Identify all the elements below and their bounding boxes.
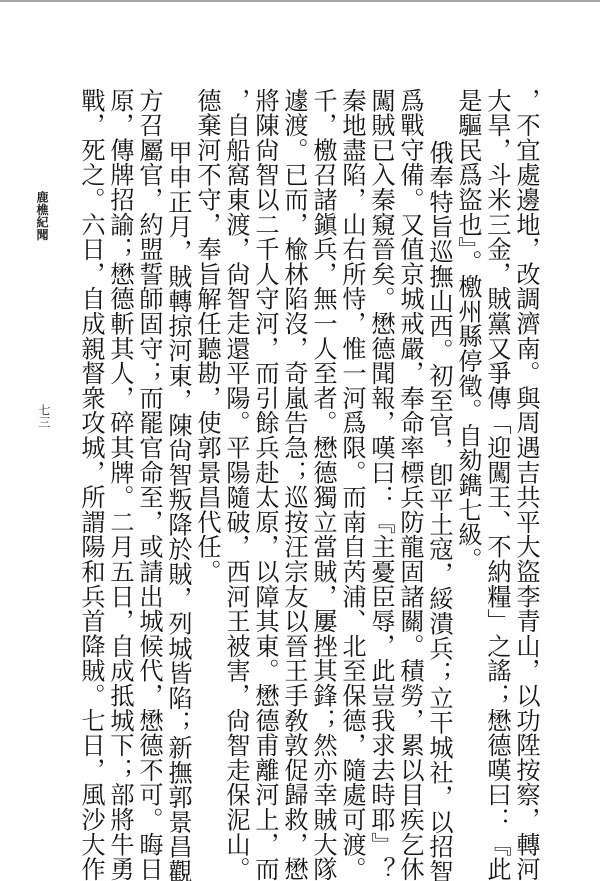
text-column-16: 戰，死之。六日，自成親督衆攻城，所謂陽和兵首降賊。七日，風沙大作，拔木，晝晦 xyxy=(76,88,105,558)
text-column-14: 方召屬官，約盟誓師固守；而罷官命至，或請出城候代，懋德不可。晦日，賊遊騎至太 xyxy=(134,88,163,558)
text-column-2: 大旱，斗米三金，賊黨又爭傳「迎闖王、不納糧」之謠；懋德嘆曰：『此時而急催科， xyxy=(482,88,511,558)
scan-top-edge xyxy=(0,0,600,2)
text-column-10: 將陳尙智以二千人守河，而引餘兵赴太原，以障其東。懋德甫離河上，而賊大隊抵河津 xyxy=(250,88,279,558)
page-number: 七三 xyxy=(38,404,50,428)
text-column-8: 千，檄召諸鎭兵，無一人至者。懋德獨立當賊，屢挫其鋒；然亦幸賊大隊未來，故不能 xyxy=(308,88,337,558)
text-column-1: ，不宜處邊地，改調濟南。與周遇吉共平大盜李青山，以功陞按察，轉河南布政。時方 xyxy=(511,88,540,558)
text-column-13-paragraph-start: 甲申正月，賊轉掠河東，陳尙智叛降於賊，列城皆陷；新撫郭景昌觀望不前。懋德 xyxy=(163,88,192,558)
running-title: 鹿樵紀聞 xyxy=(36,191,48,241)
text-column-3: 是驅民爲盜也』。檄州縣停徵。自劾鐫七級。 xyxy=(453,88,482,558)
text-column-15: 原，傳牌招諭；懋德斬其人，碎其牌。二月五日，自成抵城下；部將牛勇、朱孔訓等出 xyxy=(105,88,134,558)
text-column-4-paragraph-start: 俄奉特旨巡撫山西。初至官，卽平土寇，綏潰兵；立干城社，以招智勇之士，日夜 xyxy=(424,88,453,558)
page-body-text: ，不宜處邊地，改調濟南。與周遇吉共平大盜李青山，以功陞按察，轉河南布政。時方 大… xyxy=(76,88,540,558)
text-column-11: ，自船窩東渡，尙智走還平陽。平陽隨破，西河王被害，尙智走保泥山。汪宗友遽奏懋 xyxy=(221,88,250,558)
text-column-9: 遽渡。已而，楡林陷沒，奇嵐告急；巡按汪宗友以晉王手敎敦促歸救，懋德不得已留副 xyxy=(279,88,308,558)
text-column-7: 秦地盡陷，山右所恃，惟一河爲限。而南自芮浦、北至保德，隨處可渡。撫標僅弱卒三 xyxy=(337,88,366,558)
text-column-12: 德棄河不守，奉旨解任聽勘，使郭景昌代任。 xyxy=(192,88,221,558)
text-column-5: 爲戰守備。又值京城戒嚴，奉命率標兵防龍固諸關。積勞，累以目疾乞休；未得旨，而 xyxy=(395,88,424,558)
text-column-6: 闖賊已入秦窺晉矣。懋德聞報，嘆曰：『主憂臣辱，此豈我求去時耶』？立起視事。時 xyxy=(366,88,395,558)
